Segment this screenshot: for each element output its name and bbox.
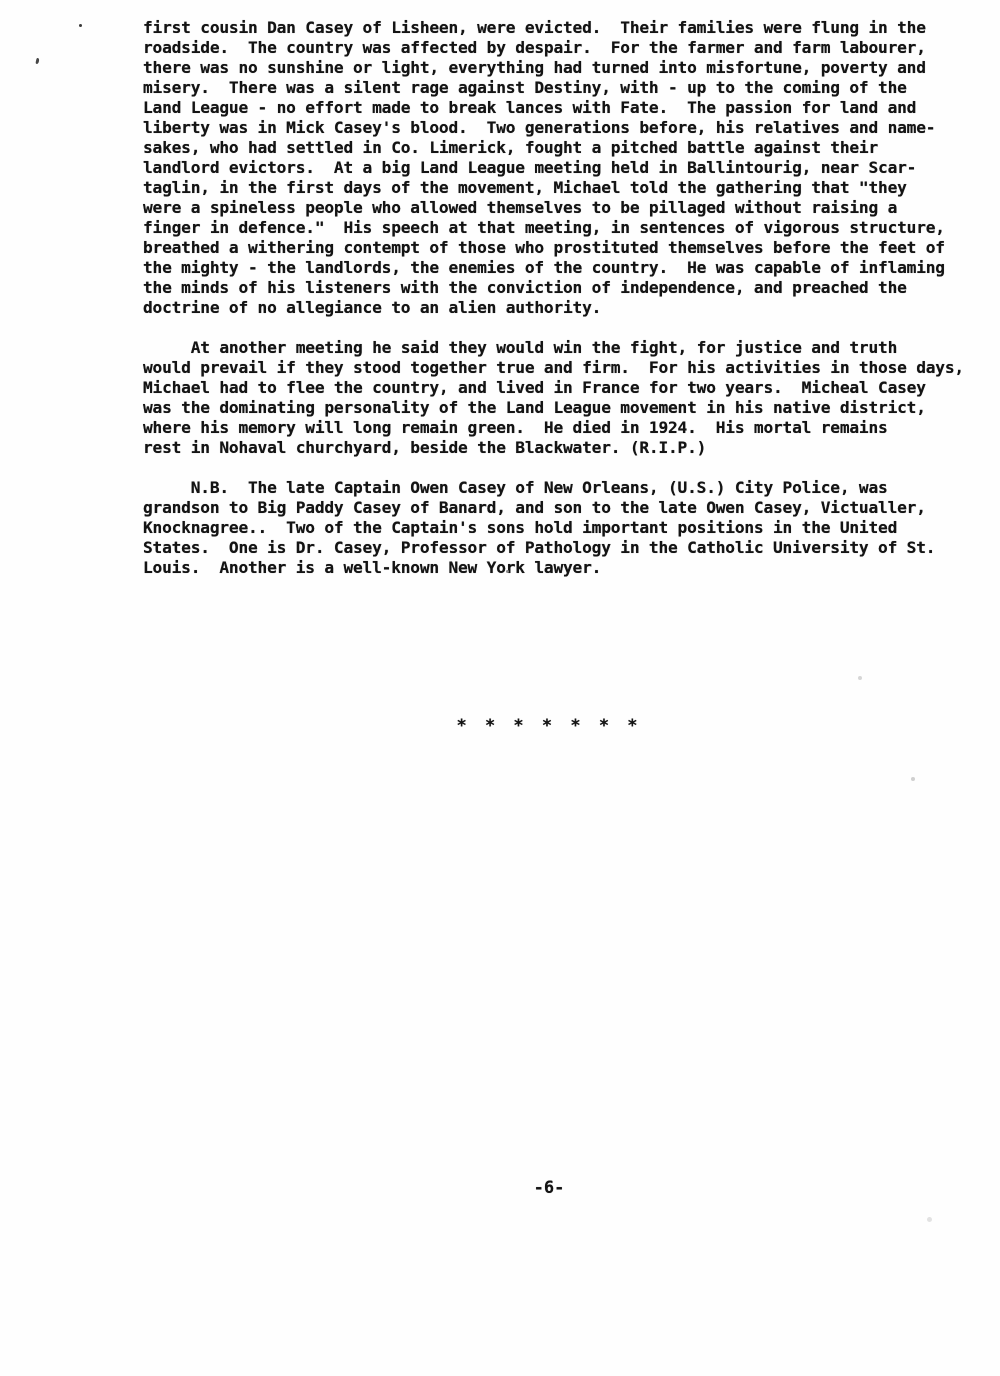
page-number: -6- <box>534 1178 565 1198</box>
scan-speck <box>79 24 82 27</box>
paragraph-another-meeting: At another meeting he said they would wi… <box>143 338 995 458</box>
scan-speck <box>858 676 862 680</box>
asterisk-separator: * * * * * * * <box>456 716 641 736</box>
scan-speck <box>911 777 915 781</box>
scan-speck <box>506 570 509 573</box>
paragraph-nb-owen-casey: N.B. The late Captain Owen Casey of New … <box>143 478 995 578</box>
scan-speck <box>35 58 39 64</box>
paragraph-land-league: first cousin Dan Casey of Lisheen, were … <box>143 18 995 318</box>
document-body: first cousin Dan Casey of Lisheen, were … <box>143 18 995 598</box>
document-page: first cousin Dan Casey of Lisheen, were … <box>0 0 1000 1376</box>
scan-speck <box>927 1217 932 1222</box>
